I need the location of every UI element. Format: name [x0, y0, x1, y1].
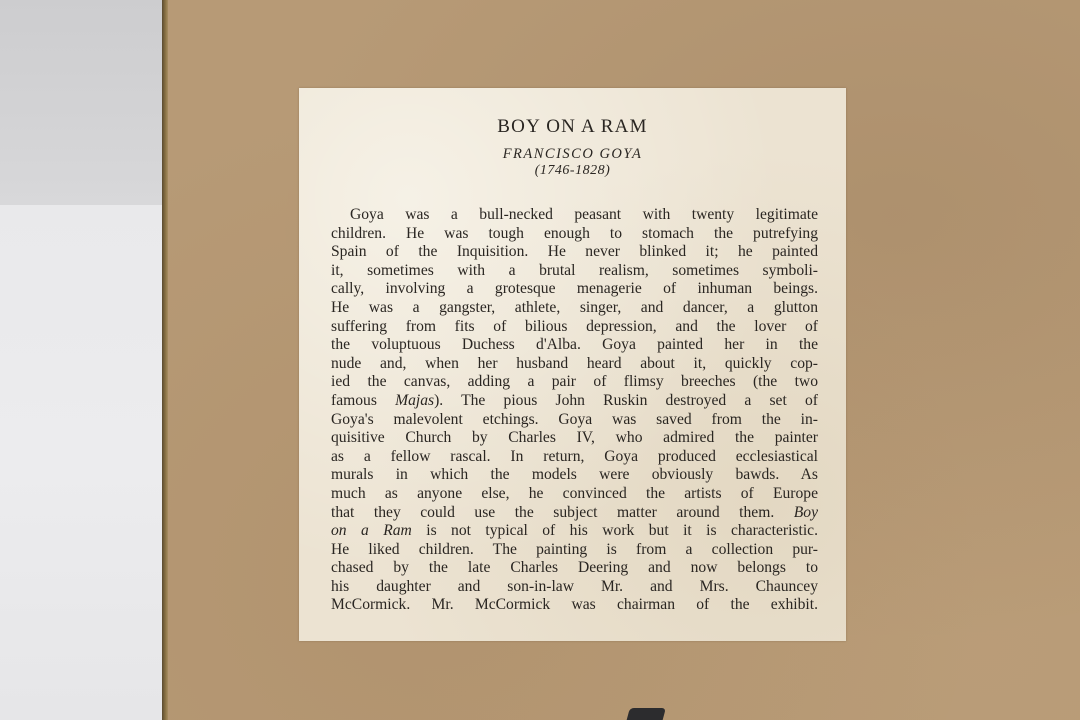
text-line: it, sometimes with a brutal realism, som… — [331, 262, 818, 281]
background-wall-lower — [0, 205, 180, 720]
text-line: chased by the late Charles Deering and n… — [331, 559, 818, 578]
text-line: cally, involving a grotesque menagerie o… — [331, 280, 818, 299]
artist-name: FRANCISCO GOYA — [299, 146, 846, 163]
text-line: quisitive Church by Charles IV, who admi… — [331, 429, 818, 448]
artwork-title: BOY ON A RAM — [299, 116, 846, 138]
italic-title-on-a-ram: on a Ram — [331, 522, 412, 539]
text-line: ied the canvas, adding a pair of flimsy … — [331, 373, 818, 392]
text-line: murals in which the models were obviousl… — [331, 466, 818, 485]
italic-title-boy: Boy — [794, 504, 818, 521]
text-fragment: famous — [331, 392, 395, 409]
text-line: the voluptuous Duchess d'Alba. Goya pain… — [331, 336, 818, 355]
text-line: children. He was tough enough to stomach… — [331, 225, 818, 244]
artist-dates: (1746-1828) — [299, 163, 846, 179]
mounting-clip — [626, 708, 666, 720]
text-line: on a Ram is not typical of his work but … — [331, 522, 818, 541]
text-fragment: that they could use the subject matter a… — [331, 504, 794, 521]
text-line: his daughter and son-in-law Mr. and Mrs.… — [331, 578, 818, 597]
italic-title-majas: Majas — [395, 392, 434, 409]
museum-label: BOY ON A RAM FRANCISCO GOYA (1746-1828) … — [299, 88, 846, 641]
text-line: Goya's malevolent etchings. Goya was sav… — [331, 411, 818, 430]
text-fragment: ). The pious John Ruskin destroyed a set… — [434, 392, 818, 409]
text-line: as a fellow rascal. In return, Goya prod… — [331, 448, 818, 467]
text-fragment: is not typical of his work but it is cha… — [412, 522, 818, 539]
text-line: famous Majas). The pious John Ruskin des… — [331, 392, 818, 411]
text-line: that they could use the subject matter a… — [331, 504, 818, 523]
text-line: McCormick. Mr. McCormick was chairman of… — [331, 596, 818, 615]
background-wall-upper — [0, 0, 170, 205]
text-line: Goya was a bull-necked peasant with twen… — [331, 206, 818, 225]
text-line: He was a gangster, athlete, singer, and … — [331, 299, 818, 318]
text-line: much as anyone else, he convinced the ar… — [331, 485, 818, 504]
board-gilt-edge — [162, 0, 168, 720]
text-line: nude and, when her husband heard about i… — [331, 355, 818, 374]
text-line: Spain of the Inquisition. He never blink… — [331, 243, 818, 262]
label-body-text: Goya was a bull-necked peasant with twen… — [331, 206, 818, 615]
text-line: suffering from fits of bilious depressio… — [331, 318, 818, 337]
text-line: He liked children. The painting is from … — [331, 541, 818, 560]
